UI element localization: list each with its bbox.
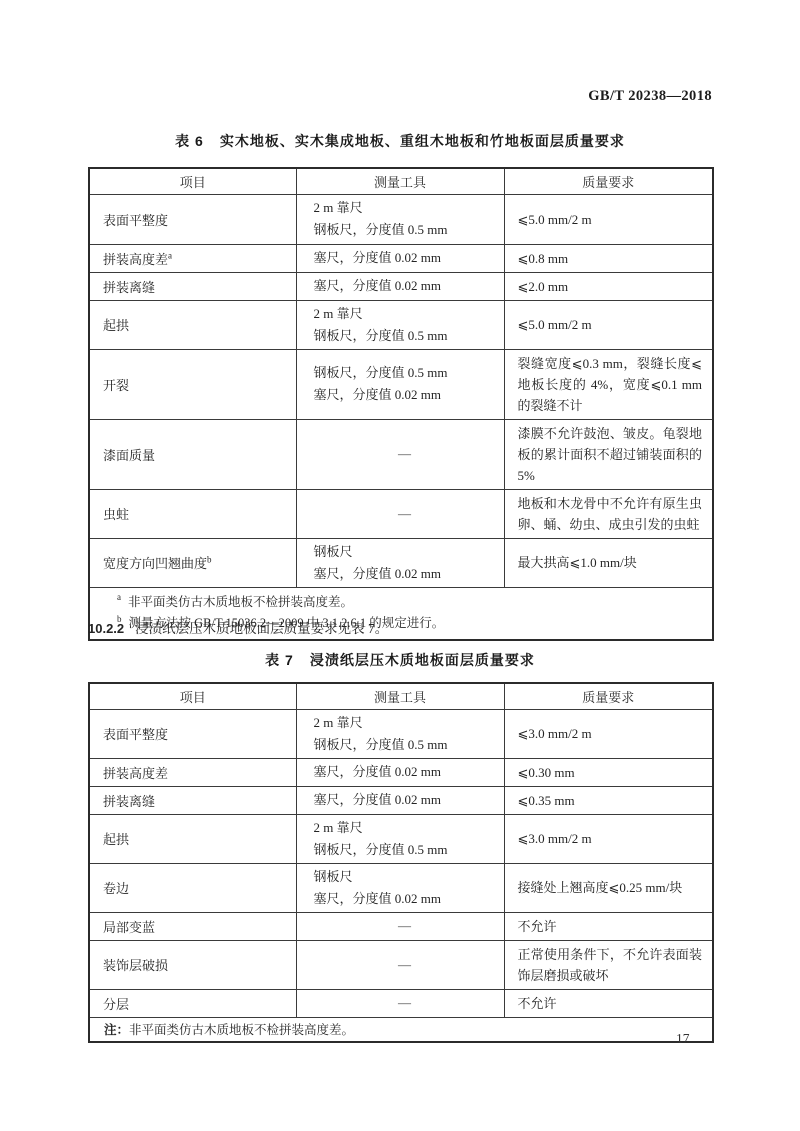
requirement-cell: 最大拱高⩽1.0 mm/块 <box>504 538 713 587</box>
tool-cell: 2 m 靠尺 钢板尺，分度值 0.5 mm <box>296 709 504 758</box>
tool-line: 钢板尺，分度值 0.5 mm <box>314 362 496 384</box>
tool-cell: — <box>296 419 504 489</box>
item-cell: 拼装高度差a <box>89 244 296 272</box>
item-cell: 虫蛀 <box>89 489 296 538</box>
item-label: 表面平整度 <box>103 213 168 228</box>
item-label: 分层 <box>103 997 129 1012</box>
tool-cell: — <box>296 912 504 940</box>
tool-line: 塞尺，分度值 0.02 mm <box>314 275 496 297</box>
item-cell: 拼装离缝 <box>89 272 296 300</box>
table-row: 装饰层破损 — 正常使用条件下，不允许表面装饰层磨损或破坏 <box>89 940 713 989</box>
table-row: 开裂 钢板尺，分度值 0.5 mm 塞尺，分度值 0.02 mm 裂缝宽度⩽0.… <box>89 349 713 419</box>
table6-caption: 表 6实木地板、实木集成地板、重组木地板和竹地板面层质量要求 <box>88 131 712 151</box>
item-label: 起拱 <box>103 318 129 333</box>
item-label: 虫蛀 <box>103 507 129 522</box>
standard-number-header: GB/T 20238—2018 <box>588 88 712 105</box>
requirement-cell: ⩽0.35 mm <box>504 786 713 814</box>
table-row: 分层 — 不允许 <box>89 989 713 1017</box>
tool-cell: 塞尺，分度值 0.02 mm <box>296 786 504 814</box>
table6: 项目 测量工具 质量要求 表面平整度 2 m 靠尺 钢板尺，分度值 0.5 mm… <box>88 167 714 641</box>
table-row: 起拱 2 m 靠尺 钢板尺，分度值 0.5 mm ⩽5.0 mm/2 m <box>89 300 713 349</box>
item-label: 开裂 <box>103 378 129 393</box>
item-cell: 拼装高度差 <box>89 758 296 786</box>
item-cell: 拼装离缝 <box>89 786 296 814</box>
tool-line: 2 m 靠尺 <box>314 303 496 325</box>
table-row: 表面平整度 2 m 靠尺 钢板尺，分度值 0.5 mm ⩽3.0 mm/2 m <box>89 709 713 758</box>
requirement-cell: ⩽5.0 mm/2 m <box>504 300 713 349</box>
item-cell: 表面平整度 <box>89 709 296 758</box>
item-cell: 分层 <box>89 989 296 1017</box>
item-cell: 装饰层破损 <box>89 940 296 989</box>
page-number: 17 <box>676 1031 690 1047</box>
clause-text: 浸渍纸层压木质地板面层质量要求见表 7。 <box>135 621 388 636</box>
table6-col-item: 项目 <box>89 168 296 194</box>
item-cell: 起拱 <box>89 300 296 349</box>
tool-line: 钢板尺 <box>314 866 496 888</box>
footnote-marker: a <box>168 250 172 260</box>
clause-10-2-2: 10.2.2浸渍纸层压木质地板面层质量要求见表 7。 <box>88 617 712 637</box>
requirement-cell: ⩽0.8 mm <box>504 244 713 272</box>
item-label: 拼装高度差 <box>103 766 168 781</box>
item-cell: 起拱 <box>89 814 296 863</box>
item-cell: 漆面质量 <box>89 419 296 489</box>
item-cell: 宽度方向凹翘曲度b <box>89 538 296 587</box>
item-label: 宽度方向凹翘曲度 <box>103 556 207 571</box>
document-page: GB/T 20238—2018 表 6实木地板、实木集成地板、重组木地板和竹地板… <box>0 0 800 1131</box>
table7-note-row: 注：非平面类仿古木质地板不检拼装高度差。 <box>89 1017 713 1042</box>
table6-caption-label: 表 6 <box>175 133 204 149</box>
tool-line: 钢板尺，分度值 0.5 mm <box>314 734 496 756</box>
table-row: 起拱 2 m 靠尺 钢板尺，分度值 0.5 mm ⩽3.0 mm/2 m <box>89 814 713 863</box>
tool-line: 塞尺，分度值 0.02 mm <box>314 384 496 406</box>
tool-cell: 2 m 靠尺 钢板尺，分度值 0.5 mm <box>296 194 504 244</box>
footnote-marker: a <box>117 592 121 602</box>
item-label: 表面平整度 <box>103 727 168 742</box>
tool-cell: 塞尺，分度值 0.02 mm <box>296 758 504 786</box>
requirement-cell: 漆膜不允许鼓泡、皱皮。龟裂地板的累计面积不超过铺装面积的 5% <box>504 419 713 489</box>
table-row: 虫蛀 — 地板和木龙骨中不允许有原生虫卵、蛹、幼虫、成虫引发的虫蛀 <box>89 489 713 538</box>
footnote-marker: b <box>207 555 212 565</box>
item-cell: 卷边 <box>89 863 296 912</box>
tool-cell: — <box>296 940 504 989</box>
note-cell: 注：非平面类仿古木质地板不检拼装高度差。 <box>89 1017 713 1042</box>
table-row: 拼装高度差a 塞尺，分度值 0.02 mm ⩽0.8 mm <box>89 244 713 272</box>
note-label: 注： <box>104 1023 129 1037</box>
table-row: 局部变蓝 — 不允许 <box>89 912 713 940</box>
tool-line: 塞尺，分度值 0.02 mm <box>314 247 496 269</box>
table-row: 宽度方向凹翘曲度b 钢板尺 塞尺，分度值 0.02 mm 最大拱高⩽1.0 mm… <box>89 538 713 587</box>
tool-cell: 2 m 靠尺 钢板尺，分度值 0.5 mm <box>296 814 504 863</box>
table6-caption-text: 实木地板、实木集成地板、重组木地板和竹地板面层质量要求 <box>220 133 625 149</box>
tool-line: 塞尺，分度值 0.02 mm <box>314 888 496 910</box>
tool-cell: 钢板尺 塞尺，分度值 0.02 mm <box>296 538 504 587</box>
item-label: 起拱 <box>103 832 129 847</box>
table-row: 漆面质量 — 漆膜不允许鼓泡、皱皮。龟裂地板的累计面积不超过铺装面积的 5% <box>89 419 713 489</box>
tool-cell: — <box>296 989 504 1017</box>
requirement-cell: 裂缝宽度⩽0.3 mm，裂缝长度⩽地板长度的 4%，宽度⩽0.1 mm 的裂缝不… <box>504 349 713 419</box>
tool-line: 钢板尺，分度值 0.5 mm <box>314 325 496 347</box>
tool-cell: 钢板尺 塞尺，分度值 0.02 mm <box>296 863 504 912</box>
table-row: 拼装离缝 塞尺，分度值 0.02 mm ⩽0.35 mm <box>89 786 713 814</box>
tool-cell: 钢板尺，分度值 0.5 mm 塞尺，分度值 0.02 mm <box>296 349 504 419</box>
tool-line: 塞尺，分度值 0.02 mm <box>314 563 496 585</box>
item-cell: 表面平整度 <box>89 194 296 244</box>
table7: 项目 测量工具 质量要求 表面平整度 2 m 靠尺 钢板尺，分度值 0.5 mm… <box>88 682 714 1043</box>
tool-cell: — <box>296 489 504 538</box>
table7-col-item: 项目 <box>89 683 296 709</box>
footnote-text: 非平面类仿古木质地板不检拼装高度差。 <box>128 595 353 609</box>
tool-line: 塞尺，分度值 0.02 mm <box>314 761 496 783</box>
table-row: 表面平整度 2 m 靠尺 钢板尺，分度值 0.5 mm ⩽5.0 mm/2 m <box>89 194 713 244</box>
item-label: 卷边 <box>103 881 129 896</box>
requirement-cell: 不允许 <box>504 989 713 1017</box>
tool-line: 2 m 靠尺 <box>314 197 496 219</box>
tool-line: 钢板尺 <box>314 541 496 563</box>
item-label: 漆面质量 <box>103 448 155 463</box>
tool-cell: 2 m 靠尺 钢板尺，分度值 0.5 mm <box>296 300 504 349</box>
tool-line: 塞尺，分度值 0.02 mm <box>314 789 496 811</box>
footnote-a: a非平面类仿古木质地板不检拼装高度差。 <box>104 592 700 614</box>
item-label: 拼装离缝 <box>103 280 155 295</box>
table7-caption: 表 7浸渍纸层压木质地板面层质量要求 <box>88 650 712 670</box>
requirement-cell: ⩽0.30 mm <box>504 758 713 786</box>
tool-cell: 塞尺，分度值 0.02 mm <box>296 244 504 272</box>
table7-col-tool: 测量工具 <box>296 683 504 709</box>
item-cell: 局部变蓝 <box>89 912 296 940</box>
table-row: 拼装离缝 塞尺，分度值 0.02 mm ⩽2.0 mm <box>89 272 713 300</box>
table7-header-row: 项目 测量工具 质量要求 <box>89 683 713 709</box>
item-label: 拼装高度差 <box>103 252 168 267</box>
tool-cell: 塞尺，分度值 0.02 mm <box>296 272 504 300</box>
table7-caption-text: 浸渍纸层压木质地板面层质量要求 <box>310 652 535 668</box>
requirement-cell: ⩽5.0 mm/2 m <box>504 194 713 244</box>
item-label: 装饰层破损 <box>103 958 168 973</box>
requirement-cell: ⩽3.0 mm/2 m <box>504 709 713 758</box>
item-cell: 开裂 <box>89 349 296 419</box>
requirement-cell: 不允许 <box>504 912 713 940</box>
table6-col-tool: 测量工具 <box>296 168 504 194</box>
requirement-cell: ⩽3.0 mm/2 m <box>504 814 713 863</box>
table-row: 卷边 钢板尺 塞尺，分度值 0.02 mm 接缝处上翘高度⩽0.25 mm/块 <box>89 863 713 912</box>
item-label: 局部变蓝 <box>103 920 155 935</box>
note-text: 非平面类仿古木质地板不检拼装高度差。 <box>129 1023 354 1037</box>
tool-line: 2 m 靠尺 <box>314 817 496 839</box>
tool-line: 2 m 靠尺 <box>314 712 496 734</box>
requirement-cell: 地板和木龙骨中不允许有原生虫卵、蛹、幼虫、成虫引发的虫蛀 <box>504 489 713 538</box>
table-row: 拼装高度差 塞尺，分度值 0.02 mm ⩽0.30 mm <box>89 758 713 786</box>
requirement-cell: 正常使用条件下，不允许表面装饰层磨损或破坏 <box>504 940 713 989</box>
tool-line: 钢板尺，分度值 0.5 mm <box>314 219 496 241</box>
table7-caption-label: 表 7 <box>265 652 294 668</box>
table6-col-requirement: 质量要求 <box>504 168 713 194</box>
clause-number: 10.2.2 <box>88 621 124 636</box>
requirement-cell: ⩽2.0 mm <box>504 272 713 300</box>
table6-header-row: 项目 测量工具 质量要求 <box>89 168 713 194</box>
item-label: 拼装离缝 <box>103 794 155 809</box>
requirement-cell: 接缝处上翘高度⩽0.25 mm/块 <box>504 863 713 912</box>
table7-col-requirement: 质量要求 <box>504 683 713 709</box>
tool-line: 钢板尺，分度值 0.5 mm <box>314 839 496 861</box>
